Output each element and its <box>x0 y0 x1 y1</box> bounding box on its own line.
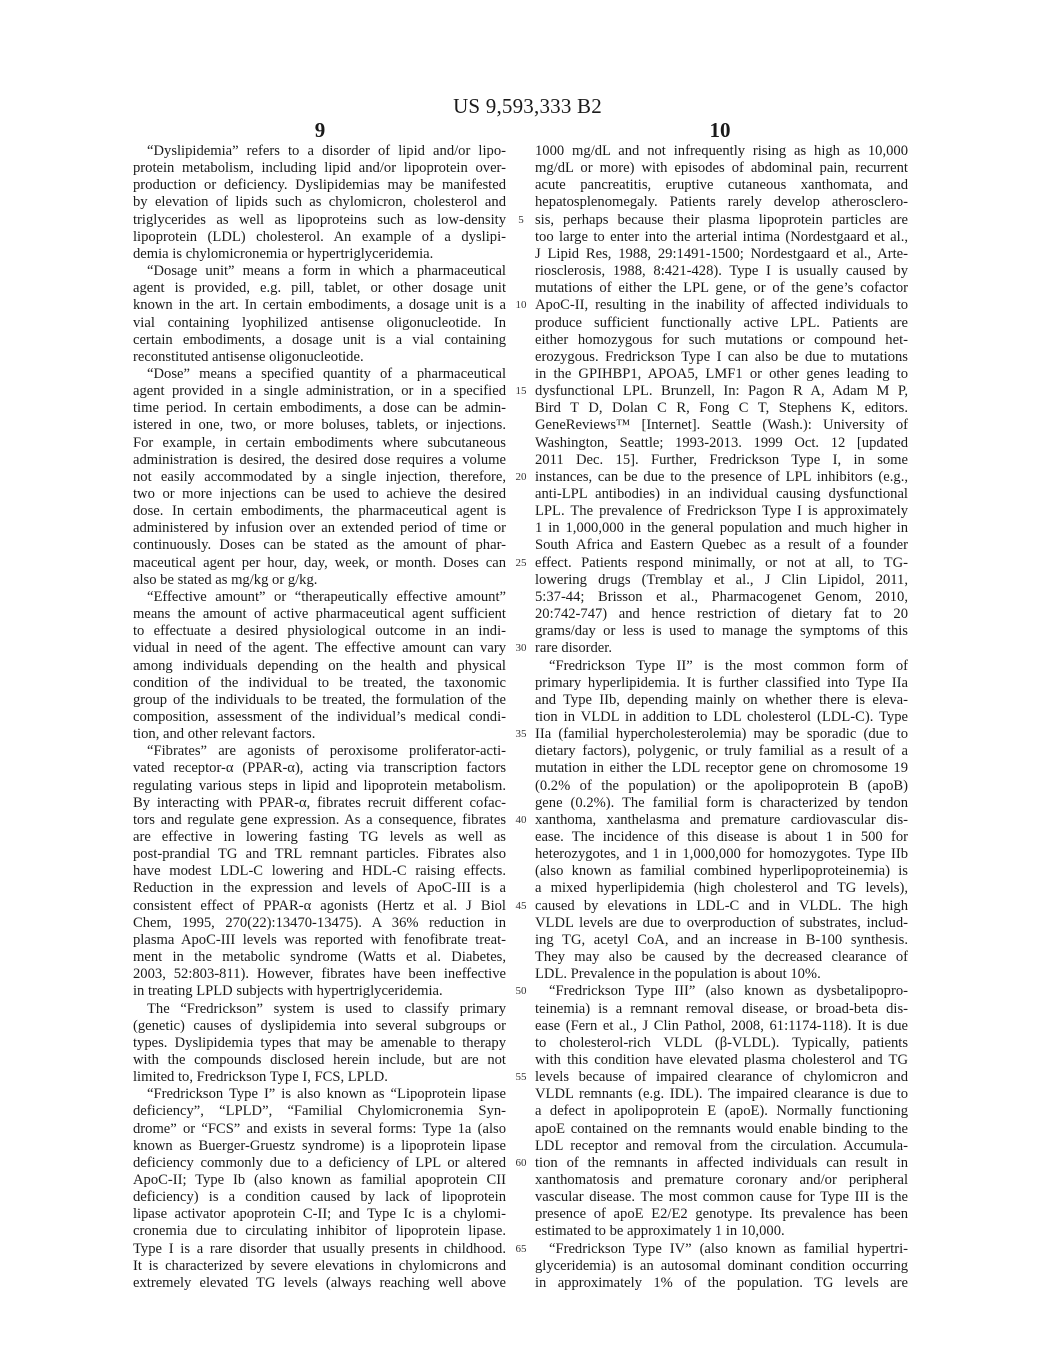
text-line: anti-LPL antibodies) in an individual ca… <box>535 486 908 503</box>
text-line: composition, assessment of the individua… <box>133 709 506 726</box>
text-line: consistent effect of PPAR-α agonists (He… <box>133 898 506 915</box>
text-line: ApoC-II; Type Ib (also known as familial… <box>133 1172 506 1189</box>
text-line: “Fredrickson Type II” is the most common… <box>535 658 908 675</box>
text-line: “Dyslipidemia” refers to a disorder of l… <box>133 143 506 160</box>
text-line: VLDL levels are due to overproduction of… <box>535 915 908 932</box>
text-line: plasma ApoC-III levels was reported with… <box>133 932 506 949</box>
text-line: LDL. Prevalence in the population is abo… <box>535 966 908 983</box>
text-line: lipoprotein (LDL) cholesterol. An exampl… <box>133 229 506 246</box>
text-line: dietary factors), polygenic, or truly fa… <box>535 743 908 760</box>
text-line: “Dose” means a specified quantity of a p… <box>133 366 506 383</box>
text-line: too large to enter into the arterial int… <box>535 229 908 246</box>
text-line: (genetic) causes of dyslipidemia into se… <box>133 1018 506 1035</box>
text-line: are effective in lowering fasting TG lev… <box>133 829 506 846</box>
text-line: IIa (familial hypercholesterolemia) may … <box>535 726 908 743</box>
text-line: cronemia due to circulating inhibitor of… <box>133 1223 506 1240</box>
line-number: 40 <box>510 814 532 826</box>
text-line: deficiency commonly due to a deficiency … <box>133 1155 506 1172</box>
right-column-number: 10 <box>690 118 750 143</box>
text-line: “Fredrickson Type I” is also known as “L… <box>133 1086 506 1103</box>
text-line: protein metabolism, including lipid and/… <box>133 160 506 177</box>
text-line: ApoC-II, resulting in the inability of a… <box>535 297 908 314</box>
text-line: lipase activator apoprotein C-II; and Ty… <box>133 1206 506 1223</box>
text-line: caused by elevations in LDL-C and in VLD… <box>535 898 908 915</box>
text-line: VLDL remnants (e.g. IDL). The impaired c… <box>535 1086 908 1103</box>
text-line: Bird T D, Dolan C R, Fong C T, Stephens … <box>535 400 908 417</box>
text-line: It is characterized by severe elevations… <box>133 1258 506 1275</box>
line-number: 25 <box>510 557 532 569</box>
text-line: presence of apoE E2/E2 genotype. Its pre… <box>535 1206 908 1223</box>
line-number: 55 <box>510 1071 532 1083</box>
text-line: Washington, Seattle; 1993-2013. 1999 Oct… <box>535 435 908 452</box>
text-line: time period. In certain embodiments, a d… <box>133 400 506 417</box>
text-line: 2003, 52:803-811). However, fibrates hav… <box>133 966 506 983</box>
text-line: and Type IIb, depending mainly on whethe… <box>535 692 908 709</box>
text-line: post-prandial TG and TRL remnant particl… <box>133 846 506 863</box>
text-line: agent provided in a single administratio… <box>133 383 506 400</box>
text-line: primary hyperlipidemia. It is further cl… <box>535 675 908 692</box>
text-line: have modest LDL-C lowering and HDL-C rai… <box>133 863 506 880</box>
text-line: lowering drugs (Tremblay et al., J Clin … <box>535 572 908 589</box>
line-number: 10 <box>510 299 532 311</box>
text-line: 5:37-44; Brisson et al., Pharmacogenet G… <box>535 589 908 606</box>
text-line: ease. The incidence of this disease is a… <box>535 829 908 846</box>
text-line: a mixed hyperlipidemia (high cholesterol… <box>535 880 908 897</box>
text-line: heterozygotes, and 1 in 1,000,000 for ho… <box>535 846 908 863</box>
text-line: dysfunctional LPL. Brunzell, In: Pagon R… <box>535 383 908 400</box>
text-line: sis, perhaps because their plasma lipopr… <box>535 212 908 229</box>
text-line: teinemia) is a remnant removal disease, … <box>535 1001 908 1018</box>
text-line: LPL. The prevalence of Fredrickson Type … <box>535 503 908 520</box>
text-line: maceutical agent per hour, day, week, or… <box>133 555 506 572</box>
text-line: tion, and other relevant factors. <box>133 726 506 743</box>
text-line: rare disorder. <box>535 640 908 657</box>
line-number: 50 <box>510 985 532 997</box>
text-line: either homozygous for such mutations or … <box>535 332 908 349</box>
text-line: GeneReviews™ [Internet]. Seattle (Wash.)… <box>535 417 908 434</box>
text-line: not easily accommodated by a single inje… <box>133 469 506 486</box>
text-line: mutations of either the LPL gene, or of … <box>535 280 908 297</box>
text-line: among individuals depending on the healt… <box>133 658 506 675</box>
text-line: 1000 mg/dL and not infrequently rising a… <box>535 143 908 160</box>
text-line: erozygous. Fredrickson Type I can also b… <box>535 349 908 366</box>
text-line: administered by infusion over an extende… <box>133 520 506 537</box>
text-line: The “Fredrickson” system is used to clas… <box>133 1001 506 1018</box>
text-line: “Effective amount” or “therapeutically e… <box>133 589 506 606</box>
text-line: certain embodiments, a dosage unit is a … <box>133 332 506 349</box>
text-line: South Africa and Eastern Quebec as a res… <box>535 537 908 554</box>
text-line: gene (0.2%). The familial form is charac… <box>535 795 908 812</box>
text-line: tion in VLDL in addition to LDL choleste… <box>535 709 908 726</box>
text-line: “Fredrickson Type IV” (also known as fam… <box>535 1241 908 1258</box>
text-line: continuously. Doses can be stated as the… <box>133 537 506 554</box>
text-line: mutation in either the LDL receptor gene… <box>535 760 908 777</box>
text-line: with this condition have elevated plasma… <box>535 1052 908 1069</box>
text-line: mg/dL or more) with episodes of abdomina… <box>535 160 908 177</box>
text-line: produce sufficient functionally active L… <box>535 315 908 332</box>
text-line: vidual in need of the agent. The effecti… <box>133 640 506 657</box>
text-line: For example, in certain embodiments wher… <box>133 435 506 452</box>
text-line: acute pancreatitis, eruptive cutaneous x… <box>535 177 908 194</box>
text-line: (also known as familial combined hyperli… <box>535 863 908 880</box>
text-line: J Lipid Res, 1988, 29:1491-1500; Nordest… <box>535 246 908 263</box>
text-line: limited to, Fredrickson Type I, FCS, LPL… <box>133 1069 506 1086</box>
text-line: production or deficiency. Dyslipidemias … <box>133 177 506 194</box>
text-line: a defect in apolipoprotein E (apoE). Nor… <box>535 1103 908 1120</box>
left-column-number: 9 <box>290 118 350 143</box>
text-line: instances, can be due to the presence of… <box>535 469 908 486</box>
text-line: apoE contained on the remnants would ena… <box>535 1121 908 1138</box>
text-line: vated receptor-α (PPAR-α), acting via tr… <box>133 760 506 777</box>
line-number: 20 <box>510 471 532 483</box>
line-number: 60 <box>510 1157 532 1169</box>
text-line: “Fibrates” are agonists of peroxisome pr… <box>133 743 506 760</box>
text-line: 1 in 1,000,000 in the general population… <box>535 520 908 537</box>
text-line: glyceridemia) is an autosomal dominant c… <box>535 1258 908 1275</box>
text-line: known in the art. In certain embodiments… <box>133 297 506 314</box>
text-line: hepatosplenomegaly. Patients rarely deve… <box>535 194 908 211</box>
text-line: istered in one, two, or more boluses, ta… <box>133 417 506 434</box>
text-line: known as Buerger-Gruestz syndrome) is a … <box>133 1138 506 1155</box>
text-line: demia is chylomicronemia or hypertriglyc… <box>133 246 506 263</box>
text-line: means the amount of active pharmaceutica… <box>133 606 506 623</box>
text-line: xanthomatosis and premature coronary and… <box>535 1172 908 1189</box>
text-line: levels because of impaired clearance of … <box>535 1069 908 1086</box>
text-line: extremely elevated TG levels (always rea… <box>133 1275 506 1292</box>
line-number: 30 <box>510 642 532 654</box>
line-number: 65 <box>510 1243 532 1255</box>
text-line: condition of the individual to be treate… <box>133 675 506 692</box>
text-line: regulating various steps in lipid and li… <box>133 778 506 795</box>
text-line: Reduction in the expression and levels o… <box>133 880 506 897</box>
text-line: by elevation of lipids such as chylomicr… <box>133 194 506 211</box>
text-line: deficiency) is a condition caused by lac… <box>133 1189 506 1206</box>
text-line: tors and regulate gene expression. As a … <box>133 812 506 829</box>
text-line: vial containing lyophilized antisense ol… <box>133 315 506 332</box>
text-line: (0.2% of the population) or the apolipop… <box>535 778 908 795</box>
text-line: also be stated as mg/kg or g/kg. <box>133 572 506 589</box>
text-line: in the GPIHBP1, APOA5, LMF1 or other gen… <box>535 366 908 383</box>
text-line: deficiency”, “LPLD”, “Familial Chylomicr… <box>133 1103 506 1120</box>
text-line: grams/day or less is used to manage the … <box>535 623 908 640</box>
text-line: dose. In certain embodiments, the pharma… <box>133 503 506 520</box>
text-line: triglycerides as well as lipoproteins su… <box>133 212 506 229</box>
text-line: “Fredrickson Type III” (also known as dy… <box>535 983 908 1000</box>
text-line: 2011 Dec. 15]. Further, Fredrickson Type… <box>535 452 908 469</box>
text-line: to effectuate a desired physiological ou… <box>133 623 506 640</box>
line-number: 15 <box>510 385 532 397</box>
text-line: types. Dyslipidemia types that may be am… <box>133 1035 506 1052</box>
patent-number: US 9,593,333 B2 <box>0 94 1055 119</box>
text-line: effect. Patients respond minimally, or n… <box>535 555 908 572</box>
text-line: ment in the metabolic syndrome (Watts et… <box>133 949 506 966</box>
text-line: tion of the remnants in affected individ… <box>535 1155 908 1172</box>
line-number: 45 <box>510 900 532 912</box>
text-line: “Dosage unit” means a form in which a ph… <box>133 263 506 280</box>
text-line: vascular disease. The most common cause … <box>535 1189 908 1206</box>
text-line: to cholesterol-rich VLDL (β-VLDL). Typic… <box>535 1035 908 1052</box>
text-line: group of the individuals to be treated, … <box>133 692 506 709</box>
text-line: Type I is a rare disorder that usually p… <box>133 1241 506 1258</box>
text-line: in approximately 1% of the population. T… <box>535 1275 908 1292</box>
text-line: with the compounds disclosed herein incl… <box>133 1052 506 1069</box>
text-line: reconstituted antisense oligonucleotide. <box>133 349 506 366</box>
text-line: ing TG, acetyl CoA, and an increase in B… <box>535 932 908 949</box>
text-line: in treating LPLD subjects with hypertrig… <box>133 983 506 1000</box>
line-number: 5 <box>510 214 532 226</box>
text-line: They may also be caused by the decreased… <box>535 949 908 966</box>
text-line: 20:742-747) and hence restriction of die… <box>535 606 908 623</box>
line-number: 35 <box>510 728 532 740</box>
text-line: ease (Fern et al., J Clin Pathol, 2008, … <box>535 1018 908 1035</box>
text-line: two or more injections can be used to ac… <box>133 486 506 503</box>
text-line: By interacting with PPAR-α, fibrates rec… <box>133 795 506 812</box>
text-line: estimated to be approximately 1 in 10,00… <box>535 1223 908 1240</box>
text-line: Chem, 1995, 270(22):13470-13475). A 36% … <box>133 915 506 932</box>
text-line: riosclerosis, 1988, 8:421-428). Type I i… <box>535 263 908 280</box>
text-line: agent is provided, e.g. pill, tablet, or… <box>133 280 506 297</box>
text-line: drome” or “FCS” and exists in several fo… <box>133 1121 506 1138</box>
text-line: administration is desired, the desired d… <box>133 452 506 469</box>
text-line: LDL receptor and removal from the circul… <box>535 1138 908 1155</box>
text-line: xanthoma, xanthelasma and premature card… <box>535 812 908 829</box>
